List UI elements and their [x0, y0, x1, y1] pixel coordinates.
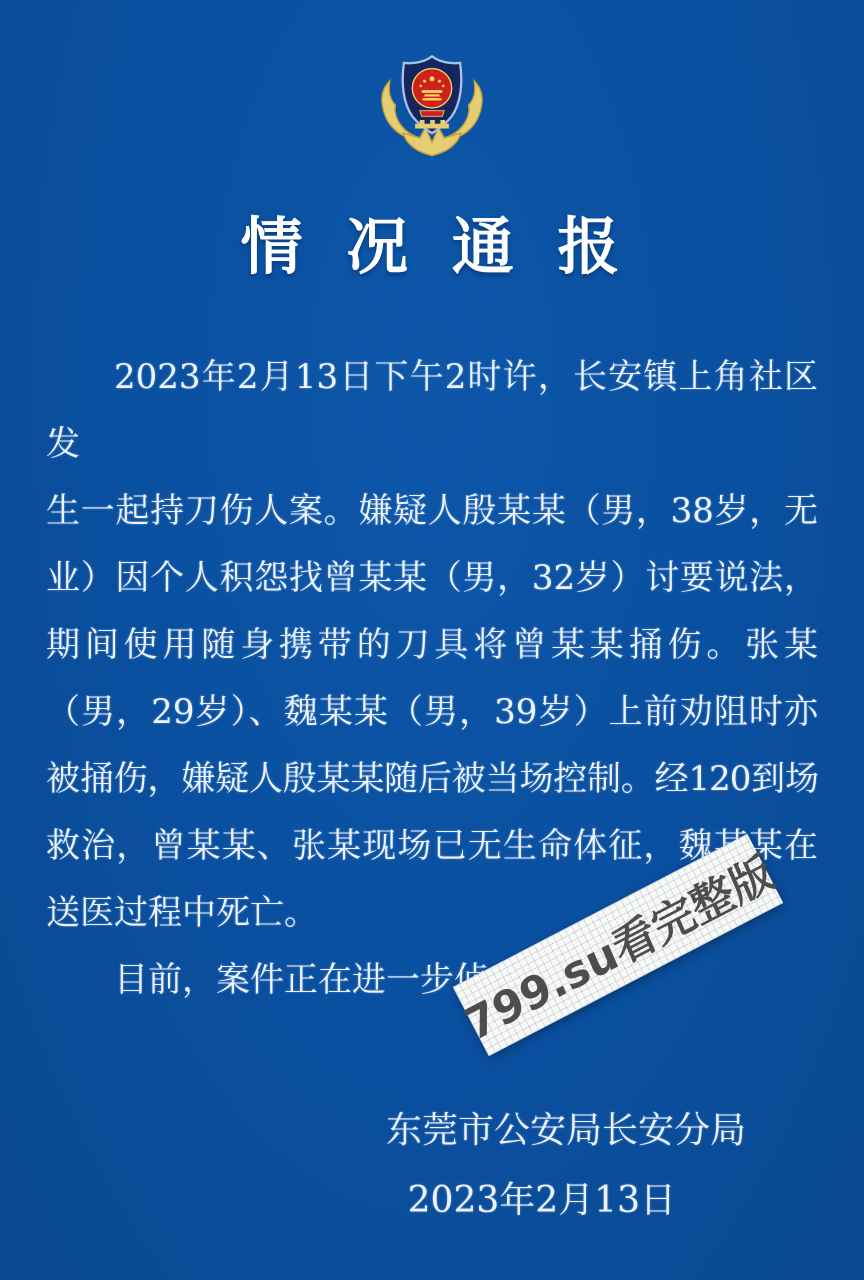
police-badge-icon — [373, 50, 491, 162]
emblem-container — [0, 0, 864, 162]
body-line: 期间使用随身携带的刀具将曾某某捅伤。张某 — [46, 612, 818, 679]
body-line: 被捅伤，嫌疑人殷某某随后被当场控制。经120到场 — [46, 746, 818, 813]
closing-line: 目前，案件正在进一步侦办中。 — [46, 947, 818, 1014]
body-line: 业）因个人积怨找曾某某（男，32岁）讨要说法， — [46, 545, 818, 612]
issuing-agency: 东莞市公安局长安分局 — [0, 1096, 864, 1166]
body-line: （男，29岁）、魏某某（男，39岁）上前劝阻时亦 — [46, 679, 818, 746]
police-notice-poster: 情 况 通 报 2023年2月13日下午2时许，长安镇上角社区发 生一起持刀伤人… — [0, 0, 864, 1280]
body-line: 2023年2月13日下午2时许，长安镇上角社区发 — [46, 344, 818, 478]
issue-date: 2023年2月13日 — [0, 1166, 864, 1236]
signature-block: 东莞市公安局长安分局 2023年2月13日 — [0, 1096, 864, 1236]
body-line: 生一起持刀伤人案。嫌疑人殷某某（男，38岁，无 — [46, 478, 818, 545]
notice-title: 情 况 通 报 — [0, 214, 864, 280]
